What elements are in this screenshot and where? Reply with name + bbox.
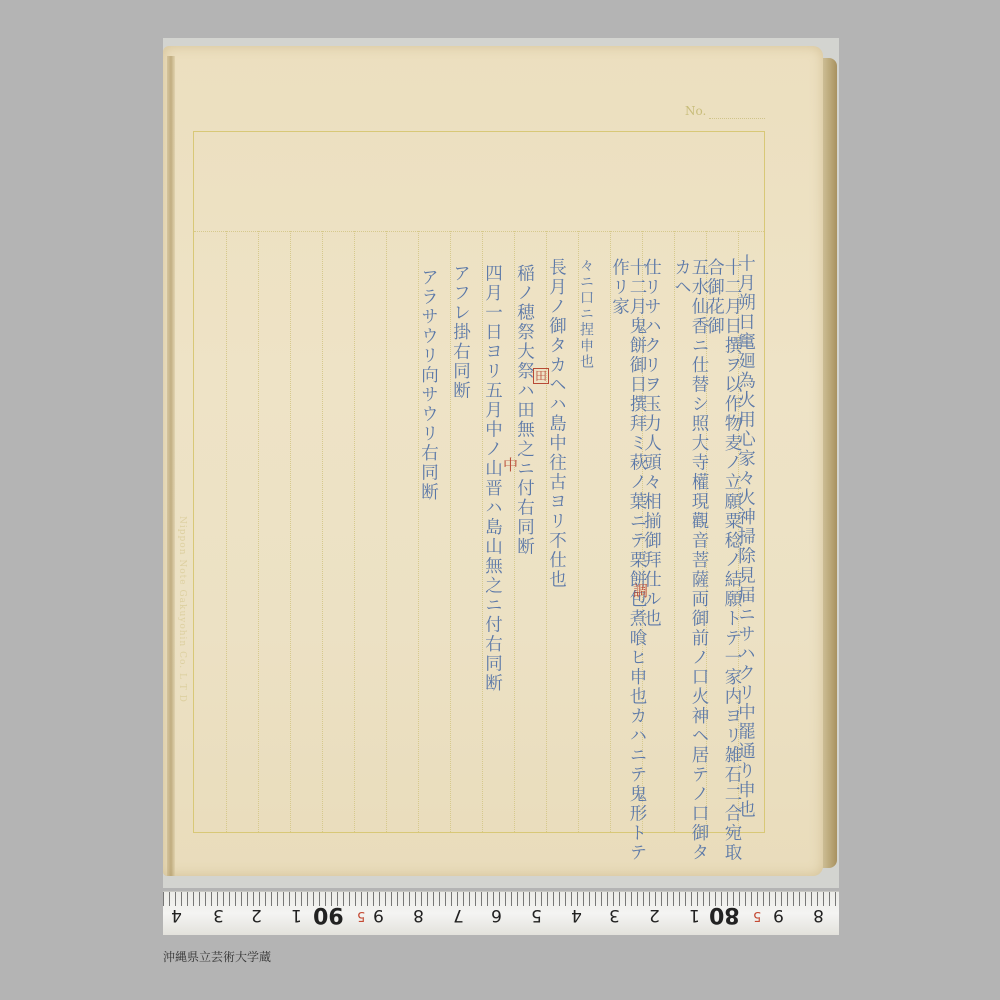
- page-number-blank: [709, 118, 765, 119]
- red-seal-cho: 調: [633, 584, 648, 599]
- collection-credit: 沖縄県立芸術大学蔵: [163, 948, 271, 965]
- ruler-label: 9: [773, 905, 784, 925]
- text-column-10: アフレ掛右同断: [451, 264, 469, 401]
- ruler-label: 80: [709, 902, 740, 927]
- column-rule: [290, 231, 291, 832]
- measuring-ruler: 4 3 2 1 90 5 9 8 7 6 5 4 3 2 1 80 5 9 8: [163, 891, 839, 935]
- text-column-6: 々ニ口ニ捏申也: [579, 258, 593, 370]
- ruler-label: 5: [753, 908, 761, 923]
- ruler-label: 2: [649, 905, 660, 925]
- notebook-page: No. Nippon Note Gakuyohin Co. L T D 十月朔日…: [163, 46, 823, 876]
- column-rule: [258, 231, 259, 832]
- ruler-label: 3: [609, 905, 620, 925]
- text-column-5: 十二月鬼餅御日撰拜ミ萩ノ葉ニテ栗餅包煮喰ヒ申也カハニテ鬼形トテ作リ家: [610, 258, 645, 876]
- printer-imprint: Nippon Note Gakuyohin Co. L T D: [177, 516, 187, 703]
- header-rule: [194, 231, 764, 232]
- ruler-label: 8: [413, 905, 424, 925]
- ruler-label: 5: [531, 905, 542, 925]
- ruler-label: 4: [571, 905, 582, 925]
- column-rule: [386, 231, 387, 832]
- ruler-label: 5: [357, 908, 365, 923]
- ruler-label: 2: [251, 905, 262, 925]
- text-column-2: 十二月日撰ヲ以作物麦ノ立願粟稔ノ結願トテ一家内ヨリ雑石二合宛取合御花御: [705, 258, 740, 876]
- text-column-11: アラサウリ向サウリ右同断: [419, 268, 437, 502]
- ruler-label: 1: [291, 905, 302, 925]
- text-column-3: 五水仙香ニ仕替シ照大寺權現觀音菩薩両御前ノ口火神ヘ居テノ口御タカヘ: [672, 258, 707, 876]
- ruler-label: 90: [313, 902, 344, 927]
- ruler-label: 4: [171, 905, 182, 925]
- page-number-label: No.: [685, 104, 706, 118]
- ruler-label: 9: [373, 905, 384, 925]
- red-seal-den: 田: [533, 368, 549, 384]
- ruler-label: 3: [213, 905, 224, 925]
- column-rule: [226, 231, 227, 832]
- column-rule: [354, 231, 355, 832]
- text-column-9: 四月一日ヨリ五月中ノ山晋ハ島山無之ニ付右同断: [483, 264, 501, 693]
- ruler-label: 1: [689, 905, 700, 925]
- text-column-7: 長月ノ御タカヘハ島中往古ヨリ不仕也: [547, 258, 565, 590]
- page-binding-edge: [167, 56, 175, 876]
- red-seal-chu: 中: [503, 458, 518, 473]
- column-rule: [322, 231, 323, 832]
- ruler-label: 8: [813, 905, 824, 925]
- ruler-label: 7: [453, 905, 464, 925]
- text-column-8: 稲ノ穂祭大祭ハ田無之ニ付右同断: [515, 264, 533, 557]
- ruler-label: 6: [491, 905, 502, 925]
